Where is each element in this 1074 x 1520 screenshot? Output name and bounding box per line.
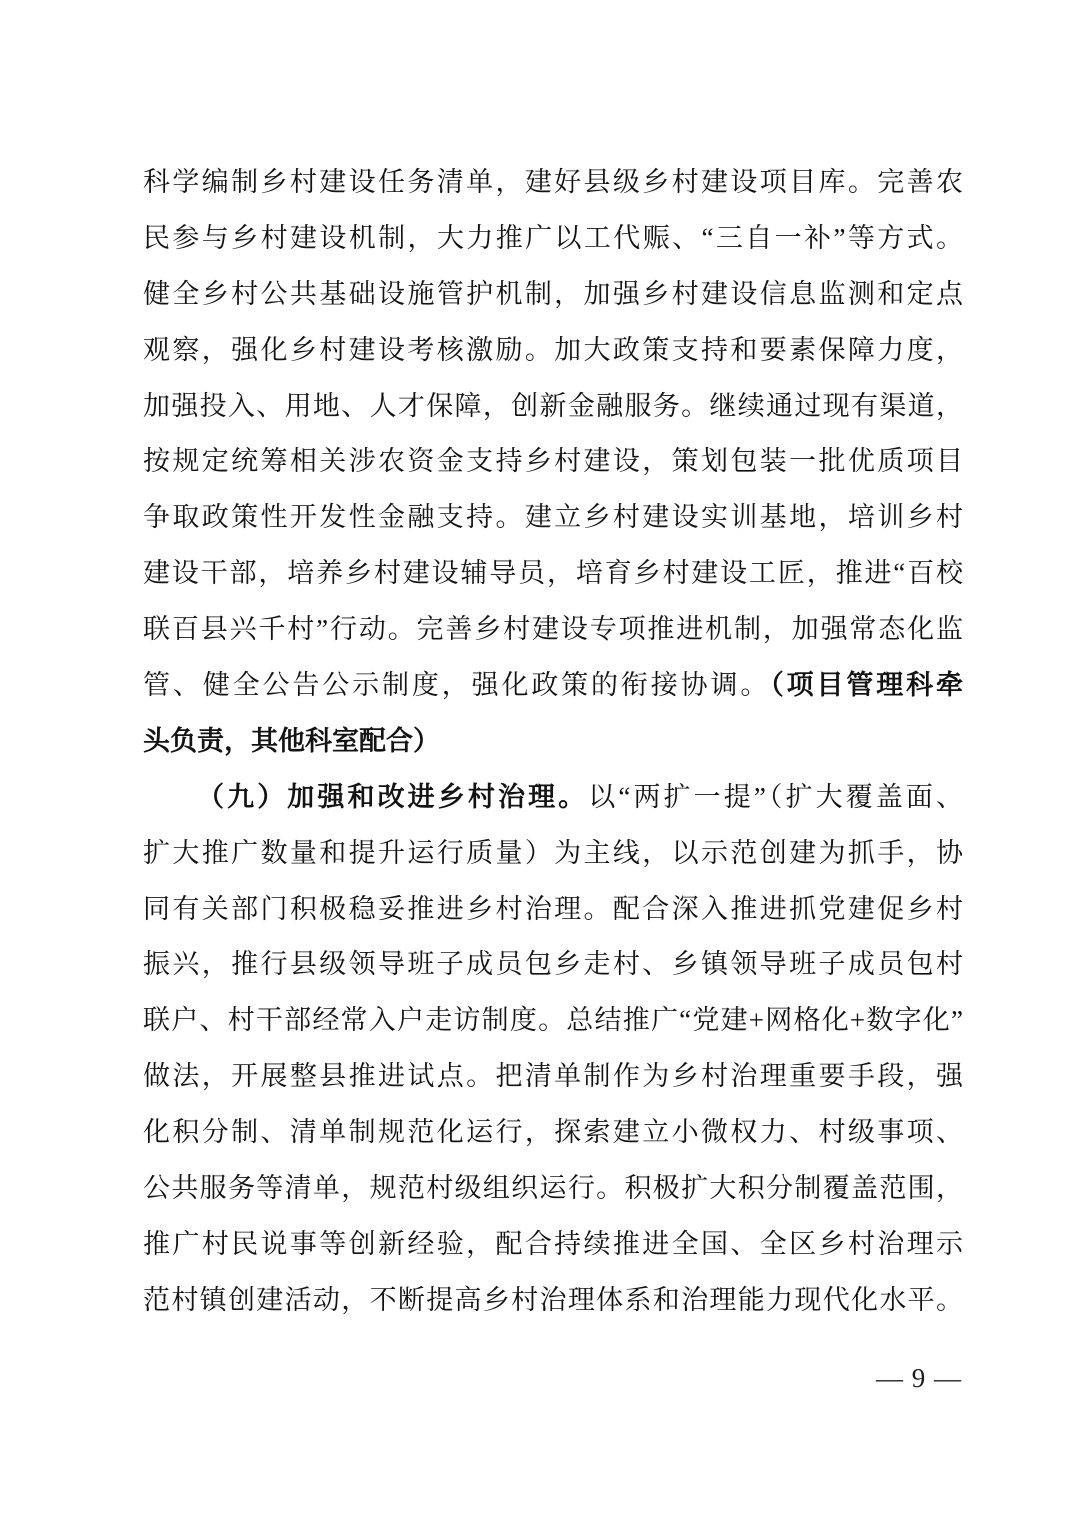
line-text: 加强投入、用地、人才保障，创新金融服务。继续通过现有渠道， (143, 391, 963, 421)
text-line: 公共服务等清单，规范村级组织运行。积极扩大积分制覆盖范围， (143, 1161, 963, 1217)
line-text: 推广村民说事等创新经验，配合持续推进全国、全区乡村治理示 (143, 1229, 963, 1259)
text-line: 头负责，其他科室配合） (143, 714, 963, 770)
line-text: 范村镇创建活动，不断提高乡村治理体系和治理能力现代化水平。 (143, 1285, 963, 1315)
text-line: 建设干部，培养乡村建设辅导员，培育乡村建设工匠，推进“百校 (143, 546, 963, 602)
line-text: 健全乡村公共基础设施管护机制，加强乡村建设信息监测和定点 (143, 279, 963, 309)
text-line: 化积分制、清单制规范化运行，探索建立小微权力、村级事项、 (143, 1105, 963, 1161)
text-line: 扩大推广数量和提升运行质量）为主线，以示范创建为抓手，协 (143, 826, 963, 882)
text-line: 按规定统筹相关涉农资金支持乡村建设，策划包装一批优质项目 (143, 434, 963, 490)
line-text: 公共服务等清单，规范村级组织运行。积极扩大积分制覆盖范围， (143, 1173, 963, 1203)
text-line: 争取政策性开发性金融支持。建立乡村建设实训基地，培训乡村 (143, 490, 963, 546)
section-heading-text: （九）加强和改进乡村治理。 (197, 782, 588, 812)
line-text: 扩大推广数量和提升运行质量）为主线，以示范创建为抓手，协 (143, 838, 963, 868)
text-line: 科学编制乡村建设任务清单，建好县级乡村建设项目库。完善农 (143, 155, 963, 211)
text-line: 联百县兴千村”行动。完善乡村建设专项推进机制，加强常态化监 (143, 602, 963, 658)
line-bold-text: （项目管理科牵 (770, 670, 963, 700)
text-line: 健全乡村公共基础设施管护机制，加强乡村建设信息监测和定点 (143, 267, 963, 323)
line-text: 按规定统筹相关涉农资金支持乡村建设，策划包装一批优质项目 (143, 446, 963, 476)
page-number: — 9 — (876, 1356, 962, 1400)
line-text: 做法，开展整县推进试点。把清单制作为乡村治理重要手段，强 (143, 1061, 963, 1091)
text-line: 加强投入、用地、人才保障，创新金融服务。继续通过现有渠道， (143, 379, 963, 435)
line-text: 民参与乡村建设机制，大力推广以工代赈、“三自一补”等方式。 (143, 223, 963, 253)
text-line: 推广村民说事等创新经验，配合持续推进全国、全区乡村治理示 (143, 1217, 963, 1273)
line-text: 观察，强化乡村建设考核激励。加大政策支持和要素保障力度， (143, 335, 963, 365)
line-text: 联百县兴千村”行动。完善乡村建设专项推进机制，加强常态化监 (143, 614, 963, 644)
line-text: 科学编制乡村建设任务清单，建好县级乡村建设项目库。完善农 (143, 167, 963, 197)
line-text: 建设干部，培养乡村建设辅导员，培育乡村建设工匠，推进“百校 (143, 558, 963, 588)
text-line: 管、健全公告公示制度，强化政策的衔接协调。（项目管理科牵 (143, 658, 963, 714)
text-line: 同有关部门积极稳妥推进乡村治理。配合深入推进抓党建促乡村 (143, 882, 963, 938)
line-text: 争取政策性开发性金融支持。建立乡村建设实训基地，培训乡村 (143, 502, 963, 532)
text-line: 观察，强化乡村建设考核激励。加大政策支持和要素保障力度， (143, 323, 963, 379)
line-bold-text: 头负责，其他科室配合） (143, 726, 440, 756)
document-body: 科学编制乡村建设任务清单，建好县级乡村建设项目库。完善农 民参与乡村建设机制，大… (143, 155, 963, 1329)
text-line: 振兴，推行县级领导班子成员包乡走村、乡镇领导班子成员包村 (143, 937, 963, 993)
line-text: 管、健全公告公示制度，强化政策的衔接协调。 (143, 670, 770, 700)
text-line-section-heading: （九）加强和改进乡村治理。以“两扩一提”（扩大覆盖面、 (143, 770, 963, 826)
line-text: 振兴，推行县级领导班子成员包乡走村、乡镇领导班子成员包村 (143, 949, 963, 979)
line-text: 化积分制、清单制规范化运行，探索建立小微权力、村级事项、 (143, 1117, 963, 1147)
line-text: 联户、村干部经常入户走访制度。总结推广“党建+网格化+数字化” (143, 1005, 963, 1035)
line-text: 同有关部门积极稳妥推进乡村治理。配合深入推进抓党建促乡村 (143, 894, 963, 924)
text-line: 范村镇创建活动，不断提高乡村治理体系和治理能力现代化水平。 (143, 1273, 963, 1329)
text-line: 联户、村干部经常入户走访制度。总结推广“党建+网格化+数字化” (143, 993, 963, 1049)
line-text: 以“两扩一提”（扩大覆盖面、 (588, 782, 963, 812)
document-page: 科学编制乡村建设任务清单，建好县级乡村建设项目库。完善农 民参与乡村建设机制，大… (0, 0, 1074, 1520)
text-line: 民参与乡村建设机制，大力推广以工代赈、“三自一补”等方式。 (143, 211, 963, 267)
text-line: 做法，开展整县推进试点。把清单制作为乡村治理重要手段，强 (143, 1049, 963, 1105)
